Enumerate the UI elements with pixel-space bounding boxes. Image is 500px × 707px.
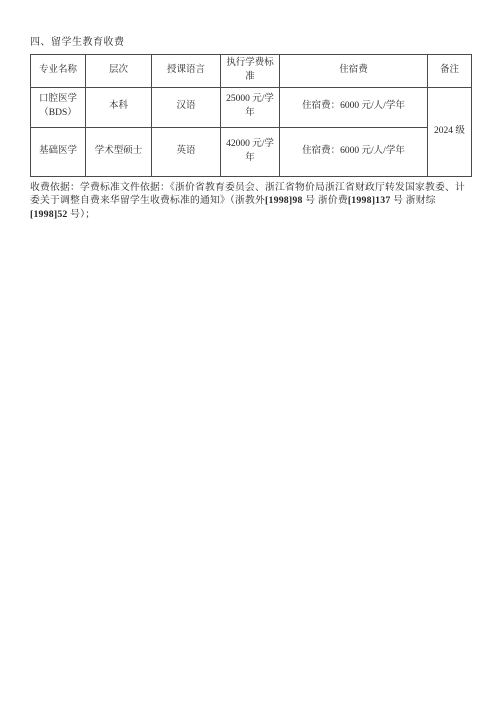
cell-tuition: 25000 元/学年 <box>221 87 280 127</box>
fee-basis-seg2: 号 浙财综 <box>390 195 435 206</box>
document-content: 四、留学生教育收费 专业名称 层次 授课语言 执行学费标准 住宿费 备注 <box>30 33 471 221</box>
cell-tuition: 42000 元/学年 <box>221 127 280 176</box>
header-accommodation: 住宿费 <box>280 55 428 88</box>
cell-accommodation: 住宿费：6000 元/人/学年 <box>280 87 428 127</box>
doc-number-3: [1998]52 <box>30 209 68 220</box>
cell-level: 本科 <box>86 87 152 127</box>
section-title: 四、留学生教育收费 <box>30 33 471 48</box>
cell-accommodation: 住宿费：6000 元/人/学年 <box>280 127 428 176</box>
fee-basis-note: 收费依据：学费标准文件依据：《浙价省教育委员会、浙江省物价局浙江省财政厅转发国家… <box>30 181 471 222</box>
doc-number-2: [1998]137 <box>348 195 391 206</box>
header-level: 层次 <box>86 55 152 88</box>
cell-major: 口腔医学（BDS） <box>31 87 86 127</box>
header-language: 授课语言 <box>152 55 221 88</box>
fee-basis-line2-prefix: 费来华留学生收费标准的通知》（浙教外 <box>90 195 265 206</box>
cell-language: 英语 <box>152 127 221 176</box>
table-row: 基础医学 学术型硕士 英语 42000 元/学年 住宿费：6000 元/人/学年 <box>31 127 472 176</box>
header-tuition-standard: 执行学费标准 <box>221 55 280 88</box>
tuition-fees-table: 专业名称 层次 授课语言 执行学费标准 住宿费 备注 口腔医学（BDS） 本科 … <box>30 54 472 177</box>
fee-basis-line2-end: 号）； <box>68 209 96 220</box>
header-remark: 备注 <box>428 55 472 88</box>
cell-remark-merged: 2024 级 <box>428 87 472 176</box>
fee-basis-seg1: 号 浙价费 <box>303 195 348 206</box>
cell-level: 学术型硕士 <box>86 127 152 176</box>
cell-major: 基础医学 <box>31 127 86 176</box>
doc-number-1: [1998]98 <box>265 195 303 206</box>
table-row: 口腔医学（BDS） 本科 汉语 25000 元/学年 住宿费：6000 元/人/… <box>31 87 472 127</box>
cell-language: 汉语 <box>152 87 221 127</box>
header-major: 专业名称 <box>31 55 86 88</box>
document-page: 四、留学生教育收费 专业名称 层次 授课语言 执行学费标准 住宿费 备注 <box>0 0 500 707</box>
table-header-row: 专业名称 层次 授课语言 执行学费标准 住宿费 备注 <box>31 55 472 88</box>
